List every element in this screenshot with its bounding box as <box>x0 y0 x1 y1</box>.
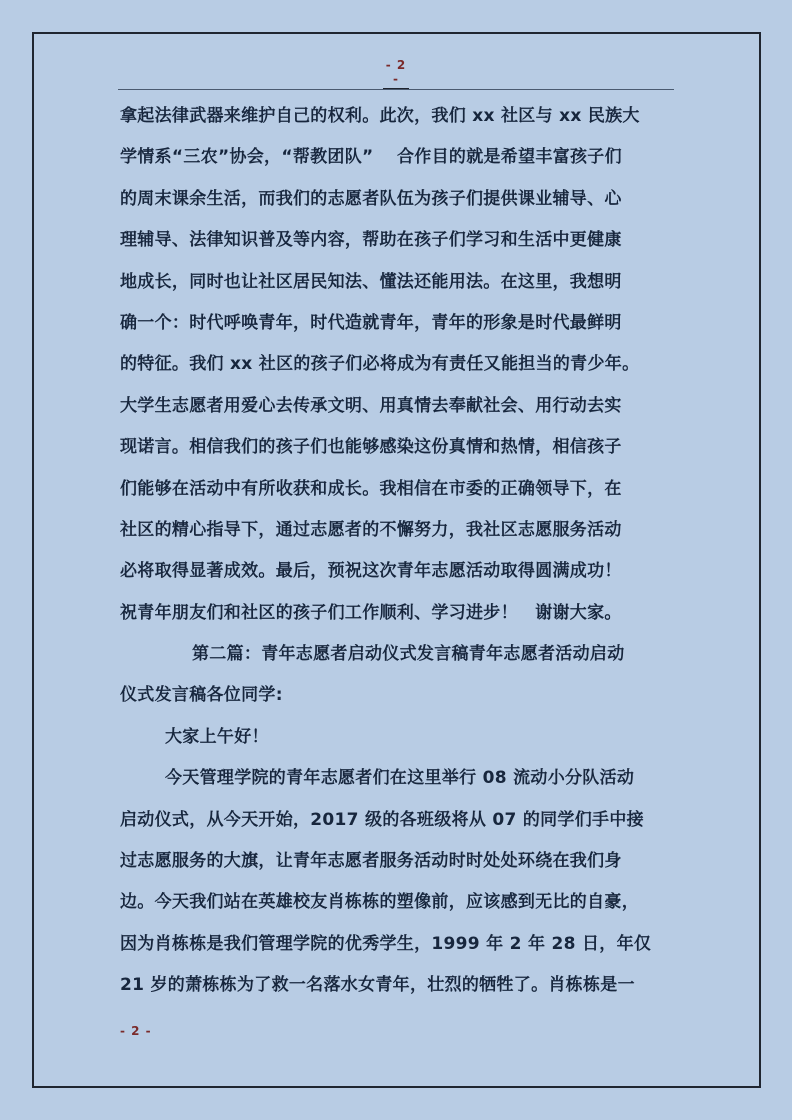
text-line: 过志愿服务的大旗，让青年志愿者服务活动时时处处环绕在我们身 <box>120 845 680 886</box>
text-line: 祝青年朋友们和社区的孩子们工作顺利、学习进步！ 谢谢大家。 <box>120 597 680 638</box>
text-line: 启动仪式，从今天开始，2017 级的各班级将从 07 的同学们手中接 <box>120 804 680 845</box>
text-line: 理辅导、法律知识普及等内容，帮助在孩子们学习和生活中更健康 <box>120 224 680 265</box>
text-line: 21 岁的萧栋栋为了救一名落水女青年，壮烈的牺牲了。肖栋栋是一 <box>120 969 680 1010</box>
header-divider <box>118 89 674 90</box>
header-page-number: - 2 - <box>383 58 409 89</box>
text-line: 确一个：时代呼唤青年，时代造就青年，青年的形象是时代最鲜明 <box>120 307 680 348</box>
text-line: 现诺言。相信我们的孩子们也能够感染这份真情和热情，相信孩子 <box>120 431 680 472</box>
text-line: 边。今天我们站在英雄校友肖栋栋的塑像前，应该感到无比的自豪， <box>120 886 680 927</box>
text-line: 的周末课余生活，而我们的志愿者队伍为孩子们提供课业辅导、心 <box>120 183 680 224</box>
text-line: 拿起法律武器来维护自己的权利。此次，我们 xx 社区与 xx 民族大 <box>120 100 680 141</box>
section-heading: 第二篇：青年志愿者启动仪式发言稿青年志愿者活动启动 <box>120 638 680 679</box>
footer-page-number: - 2 - <box>120 1024 152 1038</box>
text-line: 大学生志愿者用爱心去传承文明、用真情去奉献社会、用行动去实 <box>120 390 680 431</box>
text-line: 必将取得显著成效。最后，预祝这次青年志愿活动取得圆满成功！ <box>120 555 680 596</box>
text-line: 的特征。我们 xx 社区的孩子们必将成为有责任又能担当的青少年。 <box>120 348 680 389</box>
document-body: 拿起法律武器来维护自己的权利。此次，我们 xx 社区与 xx 民族大 学情系“三… <box>120 100 680 1011</box>
text-line: 学情系“三农”协会，“帮教团队” 合作目的就是希望丰富孩子们 <box>120 141 680 182</box>
section-heading-cont: 仪式发言稿各位同学: <box>120 679 680 720</box>
text-line: 因为肖栋栋是我们管理学院的优秀学生，1999 年 2 年 28 日，年仅 <box>120 928 680 969</box>
text-line: 社区的精心指导下，通过志愿者的不懈努力，我社区志愿服务活动 <box>120 514 680 555</box>
text-line: 地成长，同时也让社区居民知法、懂法还能用法。在这里，我想明 <box>120 266 680 307</box>
greeting-line: 大家上午好！ <box>120 721 680 762</box>
text-line: 们能够在活动中有所收获和成长。我相信在市委的正确领导下，在 <box>120 473 680 514</box>
text-line: 今天管理学院的青年志愿者们在这里举行 08 流动小分队活动 <box>120 762 680 803</box>
